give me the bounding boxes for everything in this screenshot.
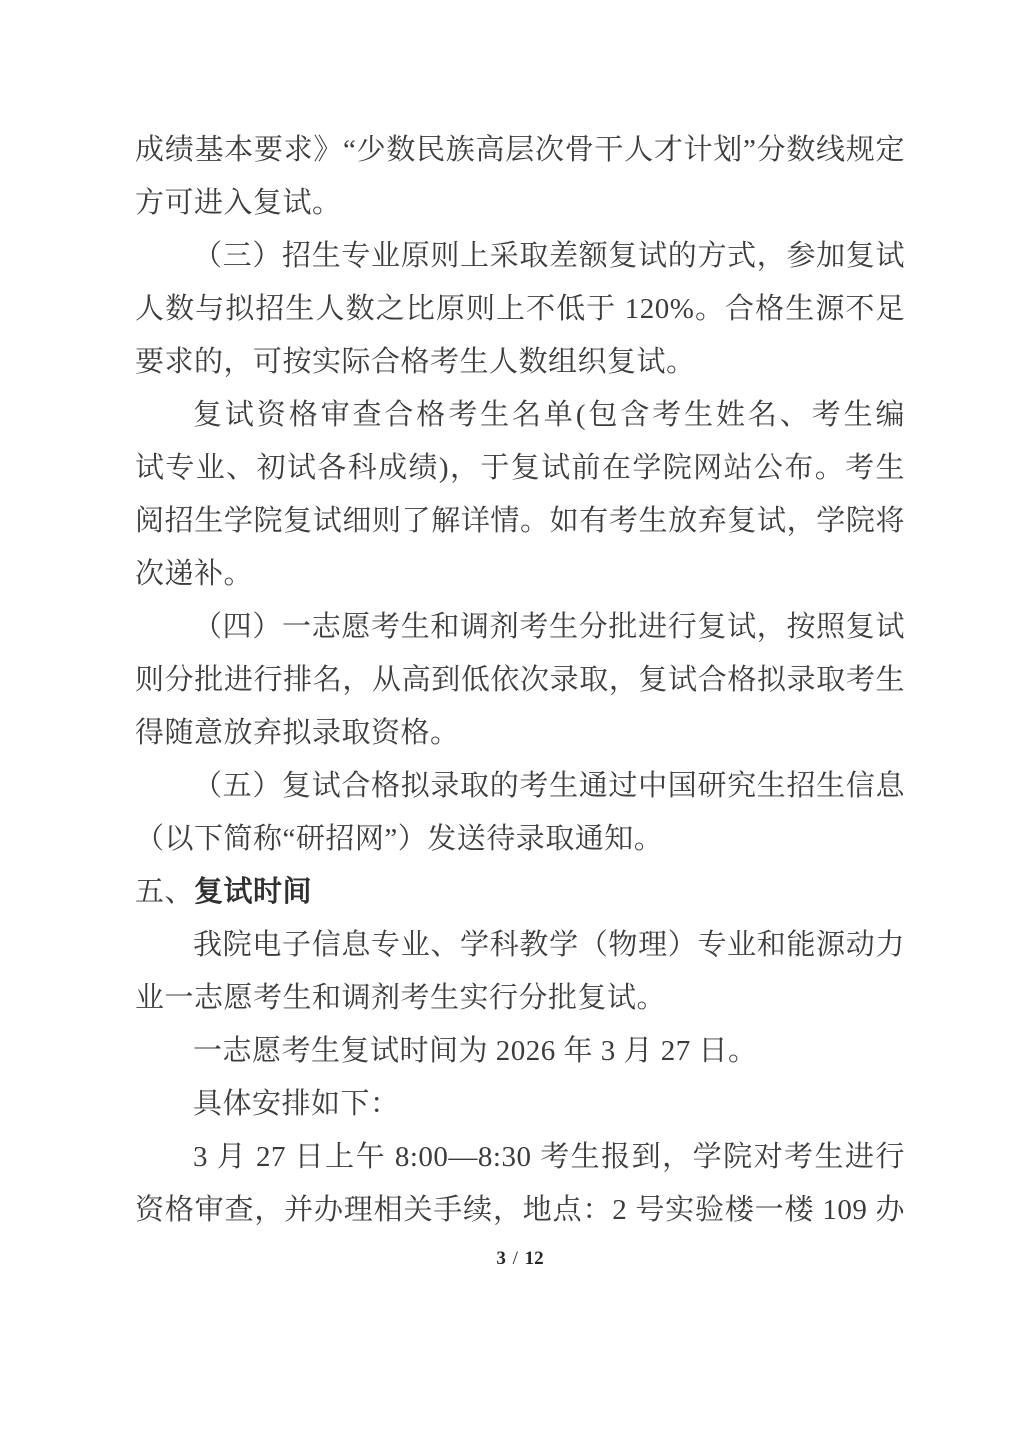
page-number: 3 [496, 1248, 506, 1269]
document-line: 3 月 27 日上午 8:00—8:30 考生报到，学院对考生进行复试 [135, 1131, 905, 1184]
document-line: 业一志愿考生和调剂考生实行分批复试。 [135, 972, 905, 1025]
document-line: 复试资格审查合格考生名单(包含考生姓名、考生编号、复 [135, 389, 905, 442]
document-line: 资格审查，并办理相关手续，地点：2 号实验楼一楼 109 办公室； [135, 1184, 905, 1237]
section-heading-number: 五、 [135, 876, 194, 908]
document-line: 得随意放弃拟录取资格。 [135, 707, 905, 760]
document-line: 我院电子信息专业、学科教学（物理）专业和能源动力专 [135, 919, 905, 972]
page-total: 12 [525, 1248, 544, 1269]
document-line: 方可进入复试。 [135, 177, 905, 230]
document-line: 则分批进行排名，从高到低依次录取，复试合格拟录取考生不 [135, 654, 905, 707]
section-heading-title: 复试时间 [194, 876, 312, 908]
document-line: 阅招生学院复试细则了解详情。如有考生放弃复试，学院将依 [135, 495, 905, 548]
document-line: 次递补。 [135, 548, 905, 601]
document-line: 人数与拟招生人数之比原则上不低于 120%。合格生源不足比例 [135, 283, 905, 336]
document-page: 成绩基本要求》“少数民族高层次骨干人才计划”分数线规定方可进入复试。（三）招生专… [0, 0, 1024, 1448]
document-line: （五）复试合格拟录取的考生通过中国研究生招生信息网 [135, 760, 905, 813]
document-line: 具体安排如下： [135, 1078, 905, 1131]
section-heading: 五、复试时间 [135, 866, 905, 919]
document-body: 成绩基本要求》“少数民族高层次骨干人才计划”分数线规定方可进入复试。（三）招生专… [135, 124, 905, 1237]
document-line: （三）招生专业原则上采取差额复试的方式，参加复试的 [135, 230, 905, 283]
document-line: （四）一志愿考生和调剂考生分批进行复试，按照复试规 [135, 601, 905, 654]
page-separator: / [511, 1248, 520, 1269]
document-line: 要求的，可按实际合格考生人数组织复试。 [135, 336, 905, 389]
document-line: 一志愿考生复试时间为 2026 年 3 月 27 日。 [135, 1025, 905, 1078]
page-footer: 3 / 12 [135, 1246, 905, 1272]
document-line: 试专业、初试各科成绩)，于复试前在学院网站公布。考生可查 [135, 442, 905, 495]
document-line: 成绩基本要求》“少数民族高层次骨干人才计划”分数线规定 [135, 124, 905, 177]
document-line: （以下简称“研招网”）发送待录取通知。 [135, 813, 905, 866]
